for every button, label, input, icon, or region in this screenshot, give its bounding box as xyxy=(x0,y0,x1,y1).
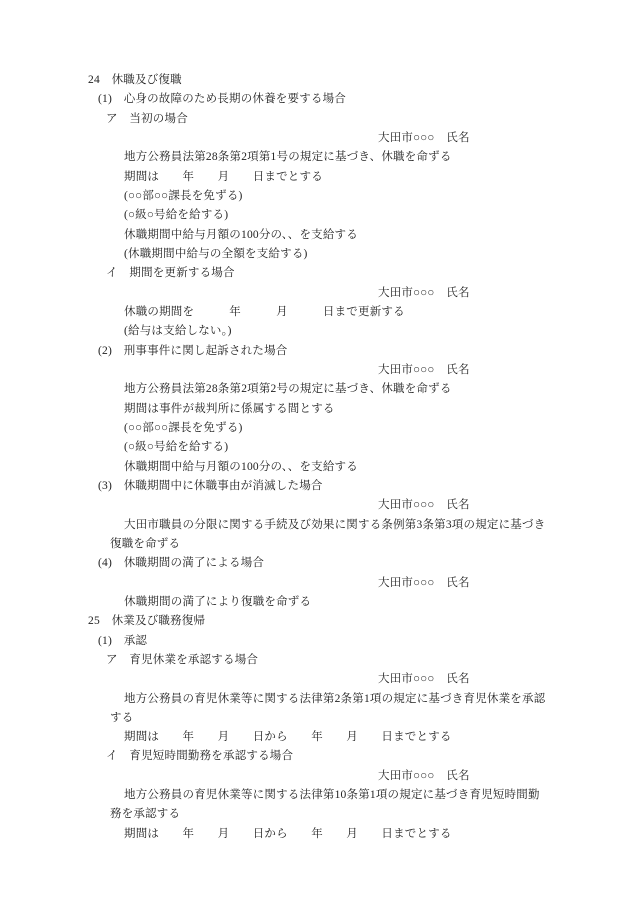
document-line: (○級○号給を給する) xyxy=(0,438,630,457)
document-line: イ 育児短時間勤務を承認する場合 xyxy=(0,747,630,766)
document-line: 25 休業及び職務復帰 xyxy=(0,612,630,631)
document-line: する xyxy=(0,709,630,728)
document-line: (3) 休職期間中に休職事由が消滅した場合 xyxy=(0,477,630,496)
document-line: 地方公務員の育児休業等に関する法律第2条第1項の規定に基づき育児休業を承認 xyxy=(0,690,630,709)
document-line: (2) 刑事事件に関し起訴された場合 xyxy=(0,342,630,361)
document-line: (○級○号給を給する) xyxy=(0,206,630,225)
document-line: (休職期間中給与の全額を支給する) xyxy=(0,245,630,264)
document-line: 大田市○○○ 氏名 xyxy=(0,284,630,303)
document-page: 24 休職及び復職(1) 心身の故障のため長期の休養を要する場合ア 当初の場合大… xyxy=(0,0,630,903)
document-line: 地方公務員の育児休業等に関する法律第10条第1項の規定に基づき育児短時間勤 xyxy=(0,786,630,805)
document-line: (1) 承認 xyxy=(0,632,630,651)
document-line: 24 休職及び復職 xyxy=(0,71,630,90)
document-line: 大田市職員の分限に関する手続及び効果に関する条例第3条第3項の規定に基づき xyxy=(0,516,630,535)
document-line: 復職を命ずる xyxy=(0,535,630,554)
document-line: 期間は事件が裁判所に係属する間とする xyxy=(0,400,630,419)
document-line: 期間は 年 月 日までとする xyxy=(0,168,630,187)
document-line: (4) 休職期間の満了による場合 xyxy=(0,554,630,573)
document-body: 24 休職及び復職(1) 心身の故障のため長期の休養を要する場合ア 当初の場合大… xyxy=(0,71,630,844)
document-line: イ 期間を更新する場合 xyxy=(0,264,630,283)
document-line: 休職期間の満了により復職を命ずる xyxy=(0,593,630,612)
document-line: 地方公務員法第28条第2項第2号の規定に基づき、休職を命ずる xyxy=(0,380,630,399)
document-line: 休職期間中給与月額の100分の、、を支給する xyxy=(0,226,630,245)
document-line: 休職の期間を 年 月 日まで更新する xyxy=(0,303,630,322)
document-line: (給与は支給しない。) xyxy=(0,322,630,341)
document-line: 期間は 年 月 日から 年 月 日までとする xyxy=(0,728,630,747)
document-line: 地方公務員法第28条第2項第1号の規定に基づき、休職を命ずる xyxy=(0,148,630,167)
document-line: 大田市○○○ 氏名 xyxy=(0,574,630,593)
document-line: 務を承認する xyxy=(0,805,630,824)
document-line: (○○部○○課長を免ずる) xyxy=(0,187,630,206)
document-line: ア 育児休業を承認する場合 xyxy=(0,651,630,670)
document-line: (○○部○○課長を免ずる) xyxy=(0,419,630,438)
document-line: 大田市○○○ 氏名 xyxy=(0,670,630,689)
document-line: 大田市○○○ 氏名 xyxy=(0,361,630,380)
document-line: 休職期間中給与月額の100分の、、を支給する xyxy=(0,458,630,477)
document-line: 期間は 年 月 日から 年 月 日までとする xyxy=(0,825,630,844)
document-line: ア 当初の場合 xyxy=(0,110,630,129)
document-line: 大田市○○○ 氏名 xyxy=(0,129,630,148)
document-line: (1) 心身の故障のため長期の休養を要する場合 xyxy=(0,90,630,109)
document-line: 大田市○○○ 氏名 xyxy=(0,496,630,515)
document-line: 大田市○○○ 氏名 xyxy=(0,767,630,786)
